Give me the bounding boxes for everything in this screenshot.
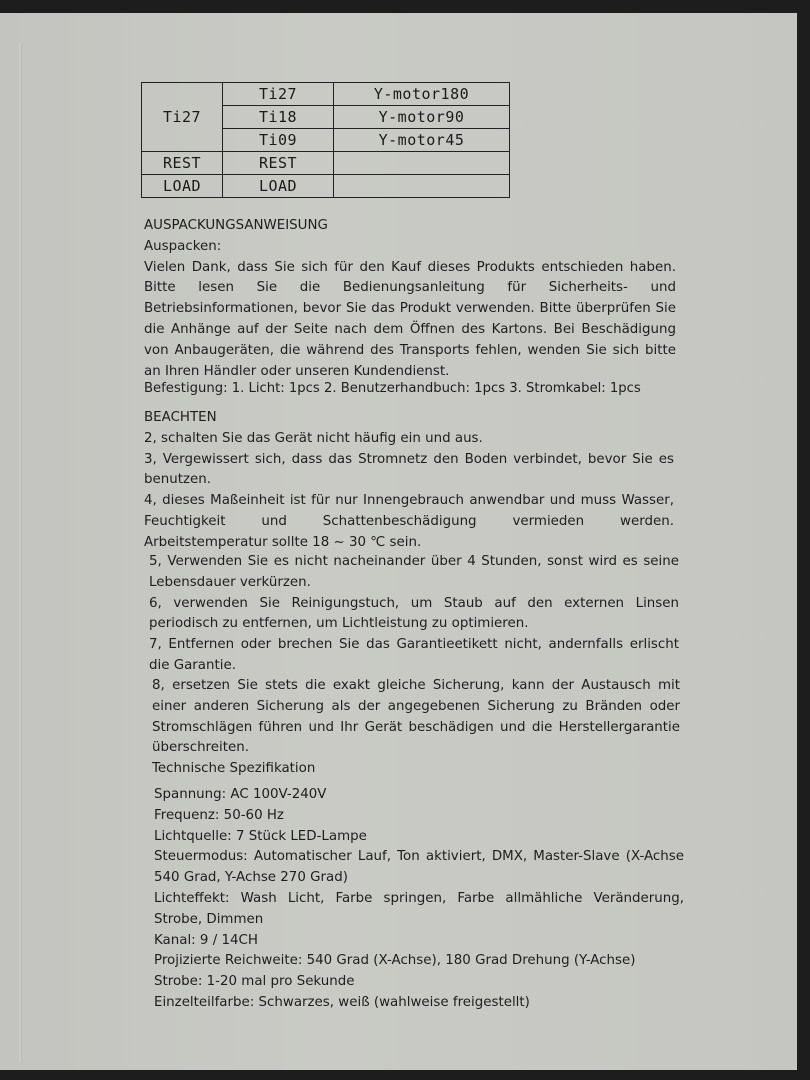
table-row: REST REST [142, 152, 510, 175]
table-cell: Ti18 [223, 106, 334, 129]
notes-heading: BEACHTEN [144, 408, 674, 429]
specs-section: Spannung: AC 100V-240V Frequenz: 50-60 H… [154, 785, 684, 1014]
table-cell: LOAD [223, 175, 334, 198]
spec-item: Einzelteilfarbe: Schwarzes, weiß (wahlwe… [154, 993, 684, 1014]
note-item: 2, schalten Sie das Gerät nicht häufig e… [144, 429, 674, 450]
notes-section-end: 8, ersetzen Sie stets die exakt gleiche … [152, 676, 680, 780]
package-contents: Befestigung: 1. Licht: 1pcs 2. Benutzerh… [144, 379, 684, 400]
package-contents-text: Befestigung: 1. Licht: 1pcs 2. Benutzerh… [144, 379, 684, 400]
spec-item: Spannung: AC 100V-240V [154, 785, 684, 806]
table-cell: REST [223, 152, 334, 175]
unpacking-paragraph: Vielen Dank, dass Sie sich für den Kauf … [144, 258, 676, 383]
spec-item: Projizierte Reichweite: 540 Grad (X-Achs… [154, 951, 684, 972]
table-cell: Y-motor45 [334, 129, 510, 152]
spec-item: Kanal: 9 / 14CH [154, 931, 684, 952]
spec-item: Lichteffekt: Wash Licht, Farbe springen,… [154, 889, 684, 931]
table-cell: Ti27 [142, 83, 223, 152]
table-row: Ti27 Ti27 Y-motor180 [142, 83, 510, 106]
note-item: 3, Vergewissert sich, dass das Stromnetz… [144, 450, 674, 492]
specs-heading: Technische Spezifikation [152, 759, 680, 780]
notes-section: BEACHTEN 2, schalten Sie das Gerät nicht… [144, 408, 674, 554]
note-item: 6, verwenden Sie Reinigungstuch, um Stau… [149, 594, 679, 636]
table-cell [334, 152, 510, 175]
table-cell: Ti27 [223, 83, 334, 106]
spec-item: Strobe: 1-20 mal pro Sekunde [154, 972, 684, 993]
table-cell: Ti09 [223, 129, 334, 152]
notes-section-continued: 5, Verwenden Sie es nicht nacheinander ü… [149, 552, 679, 677]
table-cell: REST [142, 152, 223, 175]
page-fold [19, 43, 22, 1063]
table-row: LOAD LOAD [142, 175, 510, 198]
table-cell: LOAD [142, 175, 223, 198]
spec-item: Steuermodus: Automatischer Lauf, Ton akt… [154, 847, 684, 889]
unpacking-heading: AUSPACKUNGSANWEISUNG [144, 216, 676, 237]
motor-mode-table: Ti27 Ti27 Y-motor180 Ti18 Y-motor90 Ti09… [141, 82, 510, 198]
table-cell: Y-motor180 [334, 83, 510, 106]
unpacking-section: AUSPACKUNGSANWEISUNG Auspacken: Vielen D… [144, 216, 676, 382]
note-item: 8, ersetzen Sie stets die exakt gleiche … [152, 676, 680, 759]
table-cell: Y-motor90 [334, 106, 510, 129]
note-item: 7, Entfernen oder brechen Sie das Garant… [149, 635, 679, 677]
note-item: 5, Verwenden Sie es nicht nacheinander ü… [149, 552, 679, 594]
unpacking-subheading: Auspacken: [144, 237, 676, 258]
table-cell [334, 175, 510, 198]
spec-item: Frequenz: 50-60 Hz [154, 806, 684, 827]
spec-item: Lichtquelle: 7 Stück LED-Lampe [154, 827, 684, 848]
note-item: 4, dieses Maßeinheit ist für nur Innenge… [144, 491, 674, 553]
